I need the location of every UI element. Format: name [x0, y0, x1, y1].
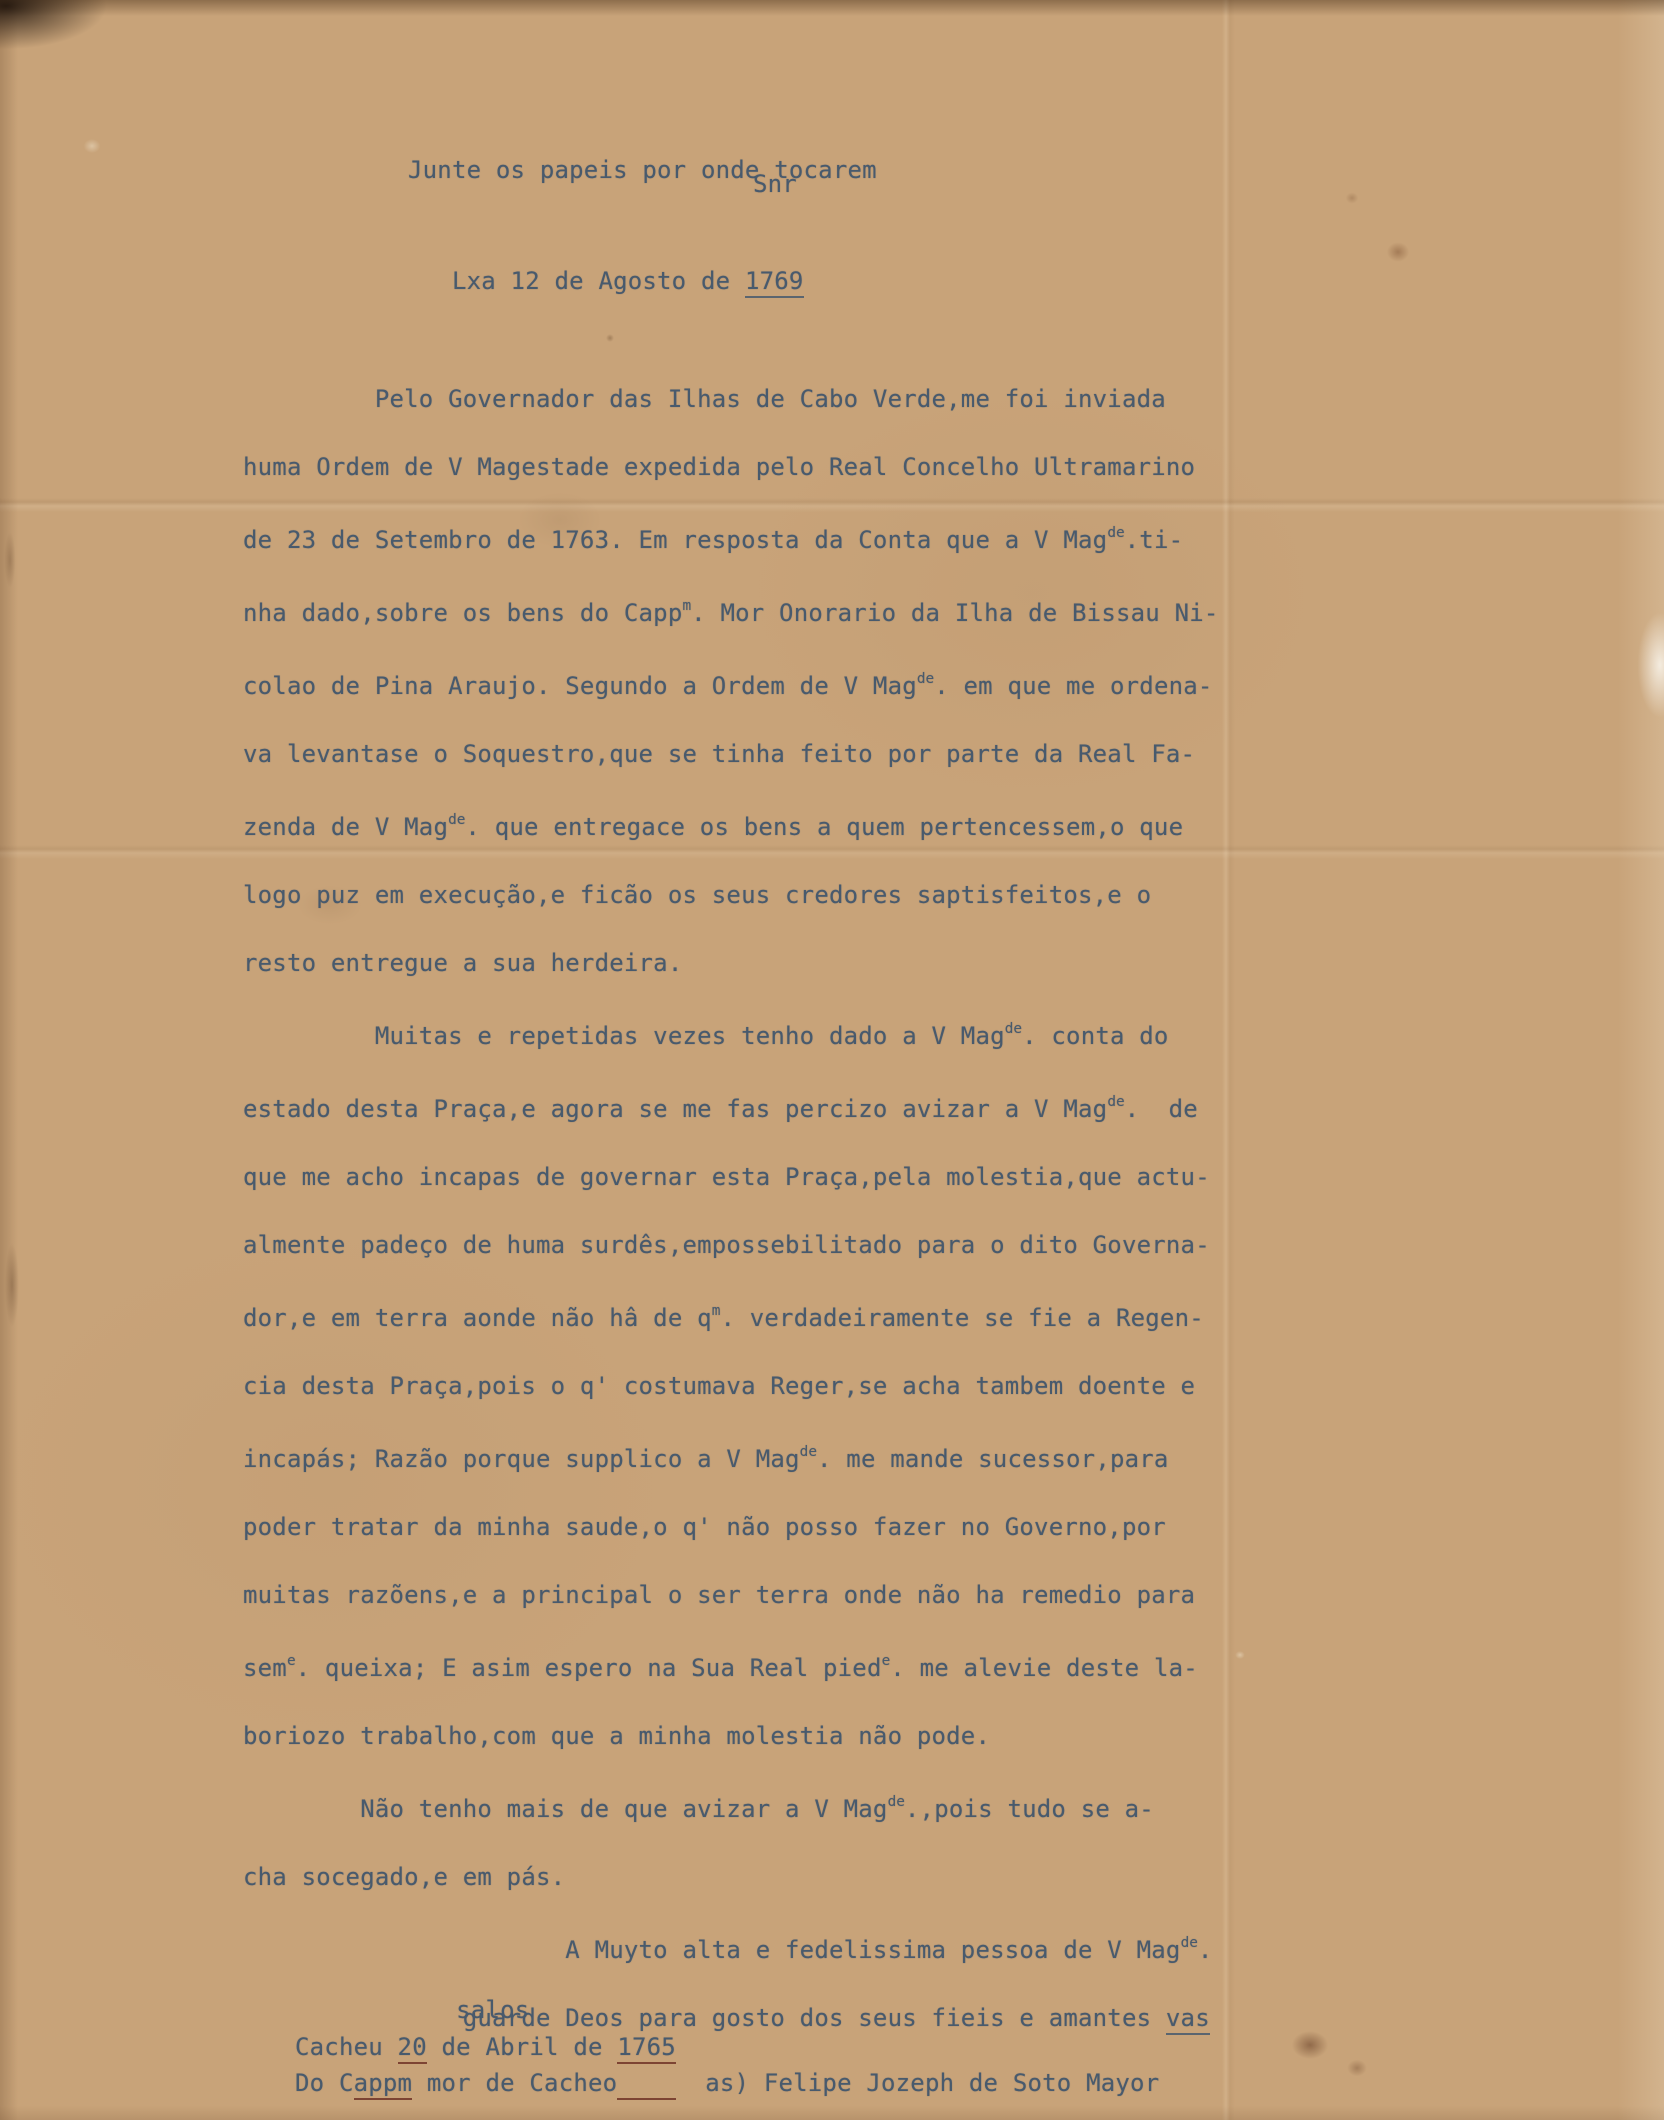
letter-body: Pelo Governador das Ilhas de Cabo Verde,… [243, 365, 1219, 2052]
letter-footer: salosCacheu 20 de Abril de 1765Do Cappm … [295, 1992, 1159, 2102]
body-line: colao de Pina Araujo. Segundo a Ordem de… [243, 647, 1219, 720]
body-line: nha dado,sobre os bens do Cappm. Mor Ono… [243, 574, 1219, 647]
body-line: almente padeço de huma surdês,empossebil… [243, 1211, 1219, 1279]
body-line: A Muyto alta e fedelissima pessoa de V M… [243, 1911, 1219, 1984]
body-line: resto entregue a sua herdeira. [243, 929, 1219, 997]
header-annotation: Junte os papeis por onde tocarem Lxa 12 … [408, 78, 877, 374]
body-line: muitas razõens,e a principal o ser terra… [243, 1561, 1219, 1629]
body-line: poder tratar da minha saude,o q' não pos… [243, 1493, 1219, 1561]
body-line: seme. queixa; E asim espero na Sua Real … [243, 1629, 1219, 1702]
salutation: Snr [753, 170, 797, 198]
body-line: que me acho incapas de governar esta Pra… [243, 1143, 1219, 1211]
footer-line: Cacheu 20 de Abril de 1765 [295, 2029, 1159, 2066]
footer-line: Do Cappm mor de Cacheo as) Felipe Jozeph… [295, 2065, 1159, 2102]
body-line: va levantase o Soquestro,que se tinha fe… [243, 720, 1219, 788]
body-line: huma Ordem de V Magestade expedida pelo … [243, 433, 1219, 501]
body-line: estado desta Praça,e agora se me fas per… [243, 1070, 1219, 1143]
footer-line: salos [295, 1992, 1159, 2029]
body-line: incapás; Razão porque supplico a V Magde… [243, 1420, 1219, 1493]
body-line: de 23 de Setembro de 1763. Em resposta d… [243, 501, 1219, 574]
header-line-1: Junte os papeis por onde tocarem [408, 152, 877, 189]
body-line: cha socegado,e em pás. [243, 1843, 1219, 1911]
body-line: Não tenho mais de que avizar a V Magde.,… [243, 1770, 1219, 1843]
body-line: dor,e em terra aonde não hâ de qm. verda… [243, 1279, 1219, 1352]
header-line-2: Lxa 12 de Agosto de 1769 [408, 263, 877, 300]
body-line: Pelo Governador das Ilhas de Cabo Verde,… [243, 365, 1219, 433]
body-line: zenda de V Magde. que entregace os bens … [243, 788, 1219, 861]
body-line: boriozo trabalho,com que a minha molesti… [243, 1702, 1219, 1770]
letter-page: Junte os papeis por onde tocarem Lxa 12 … [0, 0, 1664, 2120]
body-line: cia desta Praça,pois o q' costumava Rege… [243, 1352, 1219, 1420]
body-line: logo puz em execução,e ficão os seus cre… [243, 861, 1219, 929]
body-line: Muitas e repetidas vezes tenho dado a V … [243, 997, 1219, 1070]
